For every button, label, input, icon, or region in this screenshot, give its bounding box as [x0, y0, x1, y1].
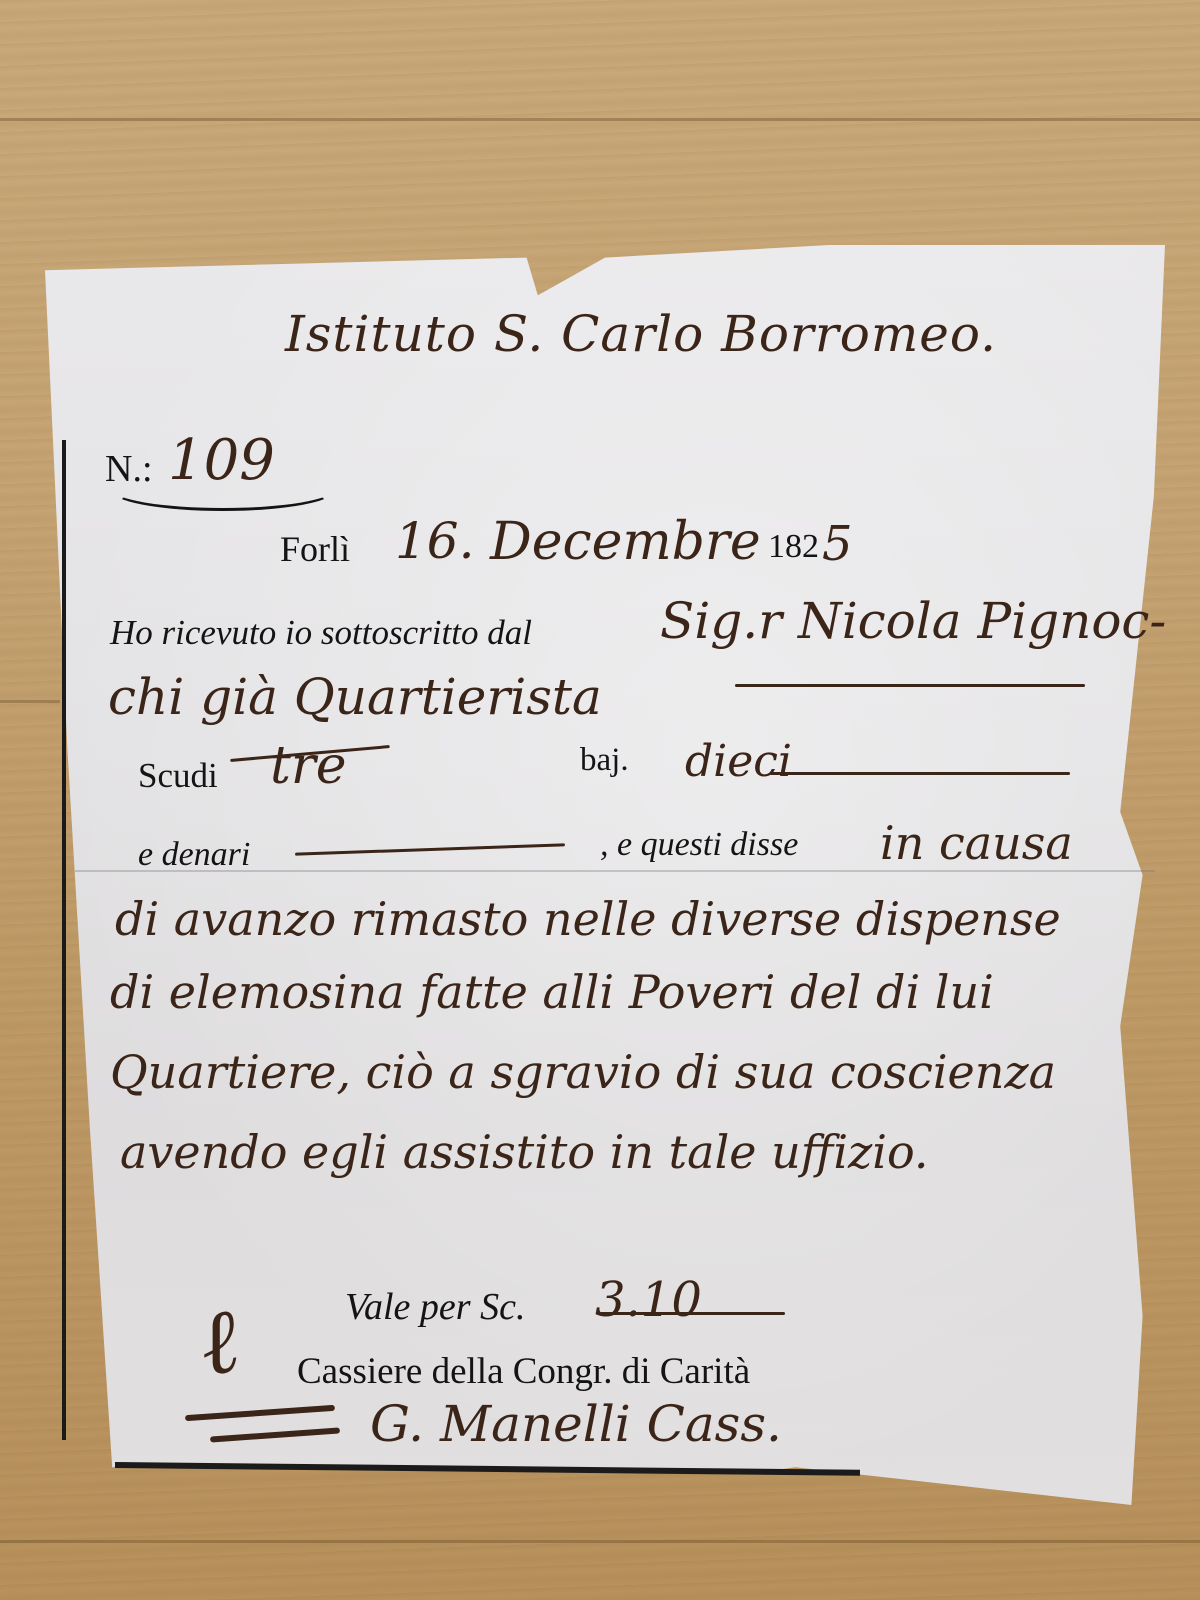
vale-underline — [600, 1312, 785, 1315]
number-flourish — [110, 468, 336, 511]
vale-value: 3.10 — [595, 1272, 702, 1328]
scudi-value: tre — [270, 736, 347, 796]
date-year-printed: 182 — [768, 528, 819, 566]
cashier-label: Cassiere della Congr. di Carità — [297, 1350, 750, 1393]
date-month: Decembre — [490, 512, 761, 572]
reason-line-5: avendo egli assistito in tale uffizio. — [120, 1125, 929, 1179]
payer-name-line1: Sig.r Nicola Pignoc- — [660, 592, 1166, 650]
baj-value: dieci — [685, 736, 792, 787]
wood-seam — [0, 700, 60, 703]
cashier-signature: G. Manelli Cass. — [370, 1395, 782, 1453]
payer-name-line2: chi già Quartierista — [108, 668, 602, 726]
reason-line-4: Quartiere, ciò a sgravio di sua coscienz… — [110, 1045, 1056, 1099]
baj-label: baj. — [580, 742, 629, 779]
date-year-handwritten: 5 — [822, 516, 853, 572]
denari-label: e denari — [138, 836, 250, 874]
date-day: 16. — [395, 512, 475, 570]
place-label: Forlì — [280, 528, 350, 570]
vale-label: Vale per Sc. — [345, 1285, 525, 1329]
reason-line-2: di avanzo rimasto nelle diverse dispense — [115, 892, 1061, 946]
institution-header: Istituto S. Carlo Borromeo. — [285, 305, 997, 363]
wood-seam — [0, 118, 1200, 121]
fill-line — [770, 772, 1070, 775]
reason-line-3: di elemosina fatte alli Poveri del di lu… — [110, 965, 994, 1019]
wood-seam — [0, 1540, 1200, 1543]
fill-line — [735, 684, 1085, 687]
scudi-label: Scudi — [138, 756, 218, 796]
reason-line-1: in causa — [880, 816, 1073, 870]
left-border-rule — [62, 440, 66, 1440]
questi-label: , e questi disse — [600, 826, 798, 864]
received-label: Ho ricevuto io sottoscritto dal — [110, 613, 532, 653]
